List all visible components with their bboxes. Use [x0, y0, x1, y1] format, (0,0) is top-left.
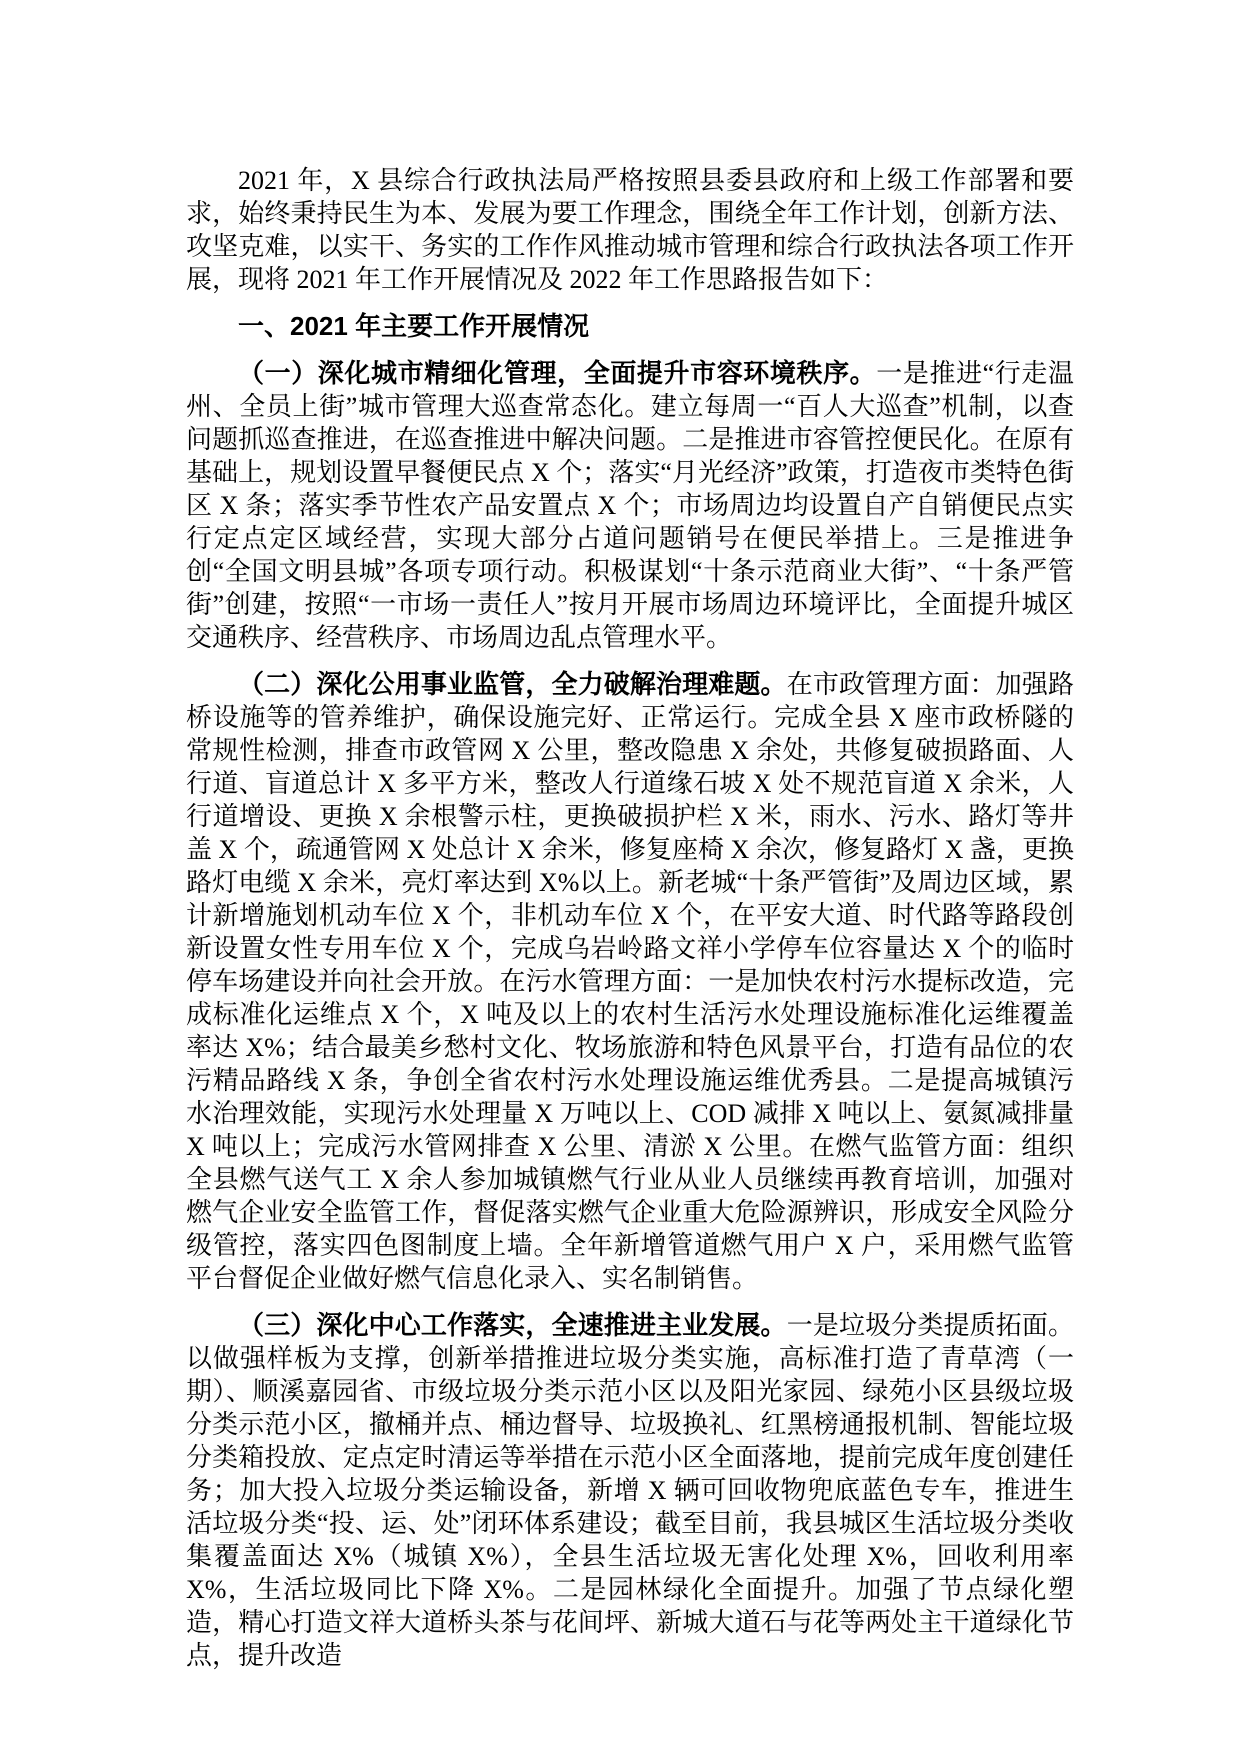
section-3-body: 一是垃圾分类提质拓面。以做强样板为支撑，创新举措推进垃圾分类实施，高标准打造了青…: [186, 1311, 1074, 1670]
section-1-lead: （一）深化城市精细化管理，全面提升市容环境秩序。: [238, 358, 876, 388]
section-3-lead: （三）深化中心工作落实，全速推进主业发展。: [238, 1310, 787, 1340]
section-1-body: 一是推进“行走温州、全员上街”城市管理大巡查常态化。建立每周一“百人大巡查”机制…: [186, 359, 1074, 652]
document-page: 2021 年，X 县综合行政执法局严格按照县委县政府和上级工作部署和要求，始终秉…: [0, 0, 1240, 1754]
section-2-body: 在市政管理方面：加强路桥设施等的管养维护，确保设施完好、正常运行。完成全县 X …: [186, 670, 1074, 1293]
intro-paragraph: 2021 年，X 县综合行政执法局严格按照县委县政府和上级工作部署和要求，始终秉…: [186, 164, 1074, 296]
section-paragraph-1: （一）深化城市精细化管理，全面提升市容环境秩序。一是推进“行走温州、全员上街”城…: [186, 357, 1074, 654]
section-paragraph-2: （二）深化公用事业监管，全力破解治理难题。在市政管理方面：加强路桥设施等的管养维…: [186, 668, 1074, 1295]
section-paragraph-3: （三）深化中心工作落实，全速推进主业发展。一是垃圾分类提质拓面。以做强样板为支撑…: [186, 1309, 1074, 1672]
section-2-lead: （二）深化公用事业监管，全力破解治理难题。: [238, 669, 787, 699]
section-heading: 一、2021 年主要工作开展情况: [186, 310, 1074, 343]
